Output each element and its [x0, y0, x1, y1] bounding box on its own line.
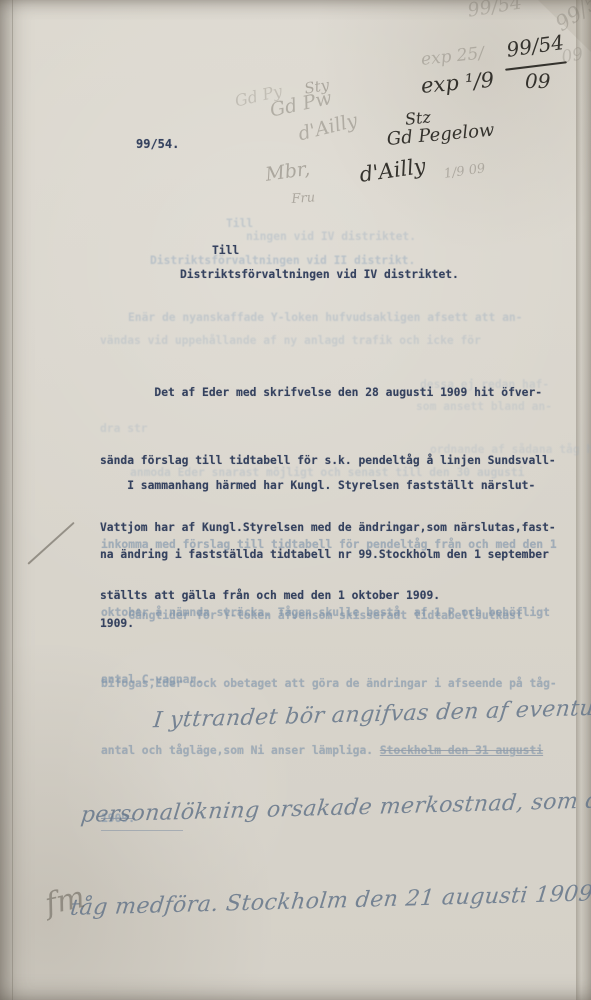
paragraph-1-line: Det af Eder med skrifvelse den 28 august… — [100, 382, 556, 405]
handwritten-note-line: tåg medföra. Stockholm den 21 augusti 19… — [69, 877, 591, 924]
ink-signature-pegelow: Gd Pegelow — [386, 120, 495, 150]
ink-expedition-mark: exp ¹/9 — [420, 68, 495, 98]
handwritten-note: I yttrandet bör angifvas den af eventuel… — [62, 629, 591, 986]
pencil-initial-mbr: Mbr, — [264, 158, 311, 186]
handwritten-note-line: I yttrandet bör angifvas den af eventuel… — [90, 691, 591, 738]
ink-registry-denominator: 09 — [525, 69, 567, 93]
ghost-recipient-iv: ningen vid IV distriktet. — [246, 230, 416, 243]
pencil-date-mark: 1/9 09 — [443, 161, 486, 182]
ink-registry-fraction: 99/54 09 — [505, 38, 567, 93]
pencil-initial-fru: Fru — [291, 190, 316, 207]
margin-check-slash — [27, 522, 74, 565]
ink-signature-dailly: d'Ailly — [358, 154, 427, 187]
ghost-salutation: Till — [226, 217, 253, 230]
pencil-registry-number-faint: 99/54 — [466, 0, 524, 22]
left-crease-line — [12, 0, 13, 1000]
scanned-letter-page: 99/54 99/5 09 exp 25/ exp ¹/9 99/54 09 S… — [0, 0, 591, 1000]
ghost-body-line-1: Enär de nyanskaffade Y-loken hufvudsakli… — [128, 311, 522, 324]
salutation: Till — [212, 244, 239, 257]
ink-registry-numerator: 99/54 — [505, 29, 570, 61]
paragraph-4-line: Gångtider för Y-loken äfvensom skisserad… — [101, 605, 557, 628]
pencil-expedition-mark: exp 25/ — [420, 43, 485, 70]
handwritten-note-line: personalökning orsakade merkostnad, som … — [79, 784, 591, 831]
paragraph-3-line: inkomma med förslag till tidtabell för p… — [101, 534, 557, 557]
pencil-initial-dailly: d'Ailly — [296, 109, 360, 145]
ghost-recipient-ii: Distriktsförvaltningen vid II distrikt. — [150, 254, 415, 267]
file-number: 99/54. — [136, 137, 179, 151]
recipient-line: Distriktsförvaltningen vid IV distriktet… — [180, 268, 459, 281]
